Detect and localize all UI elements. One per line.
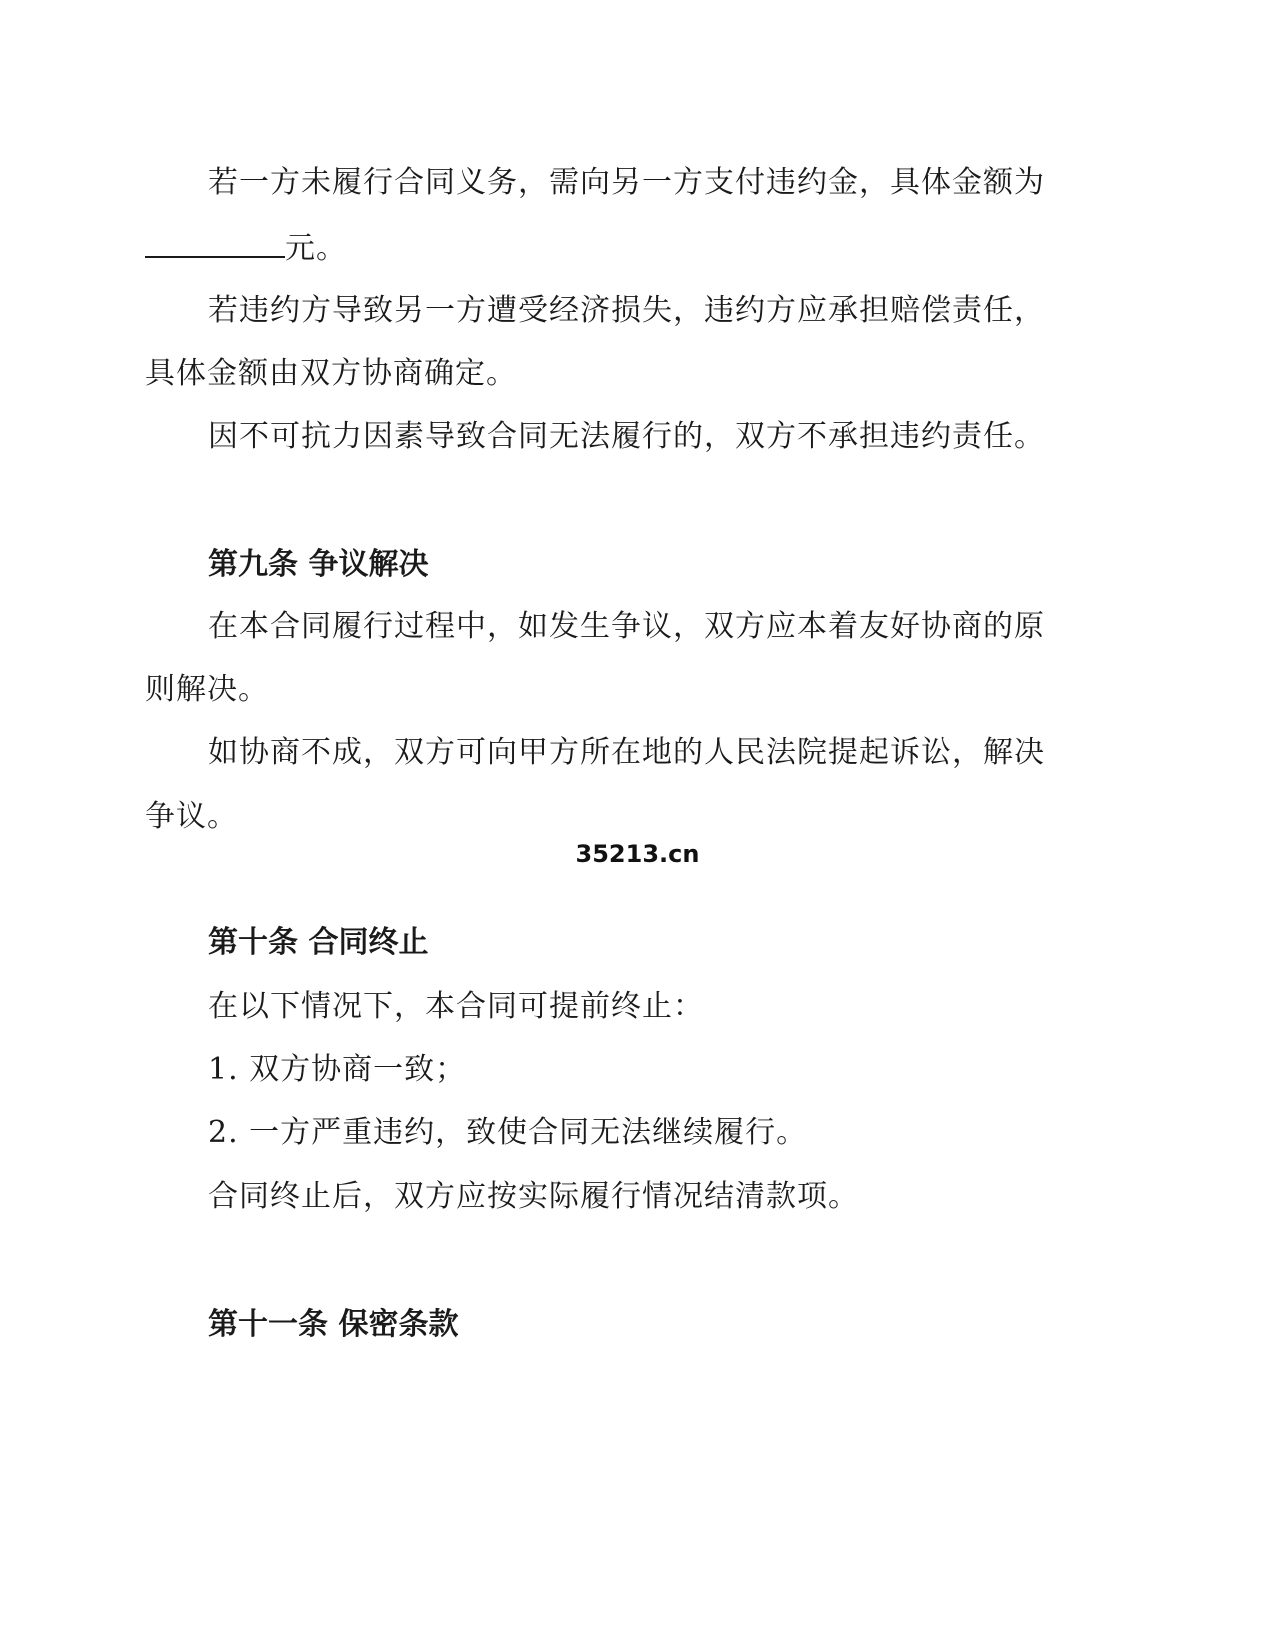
article-10-heading: 第十条 合同终止 — [208, 923, 428, 963]
compensation-paragraph-line-1: 若违约方导致另一方遭受经济损失，违约方应承担赔偿责任， — [208, 291, 1045, 331]
article-9-paragraph-1-line-2: 则解决。 — [145, 670, 269, 710]
penalty-paragraph-line-1: 若一方未履行合同义务，需向另一方支付违约金，具体金额为 — [208, 163, 1045, 203]
article-10-item-2: 2. 一方严重违约，致使合同无法继续履行。 — [208, 1113, 807, 1153]
compensation-paragraph-line-2: 具体金额由双方协商确定。 — [145, 354, 517, 394]
article-9-paragraph-2-line-1: 如协商不成，双方可向甲方所在地的人民法院提起诉讼，解决 — [208, 733, 1045, 773]
article-10-item-1: 1. 双方协商一致； — [208, 1050, 466, 1090]
article-10-closing: 合同终止后，双方应按实际履行情况结清款项。 — [208, 1177, 859, 1217]
article-9-heading: 第九条 争议解决 — [208, 545, 428, 585]
force-majeure-paragraph: 因不可抗力因素导致合同无法履行的，双方不承担违约责任。 — [208, 417, 1045, 457]
document-page: 若一方未履行合同义务，需向另一方支付违约金，具体金额为 元。 若违约方导致另一方… — [0, 0, 1275, 1650]
article-9-paragraph-2-line-2: 争议。 — [145, 797, 238, 837]
site-watermark: 35213.cn — [0, 838, 1275, 870]
yuan-suffix: 元。 — [285, 231, 347, 266]
article-9-paragraph-1-line-1: 在本合同履行过程中，如发生争议，双方应本着友好协商的原 — [208, 607, 1045, 647]
amount-blank-field — [145, 226, 285, 258]
article-10-intro: 在以下情况下，本合同可提前终止： — [208, 987, 704, 1027]
penalty-paragraph-line-2: 元。 — [145, 226, 347, 269]
article-11-heading: 第十一条 保密条款 — [208, 1305, 458, 1345]
